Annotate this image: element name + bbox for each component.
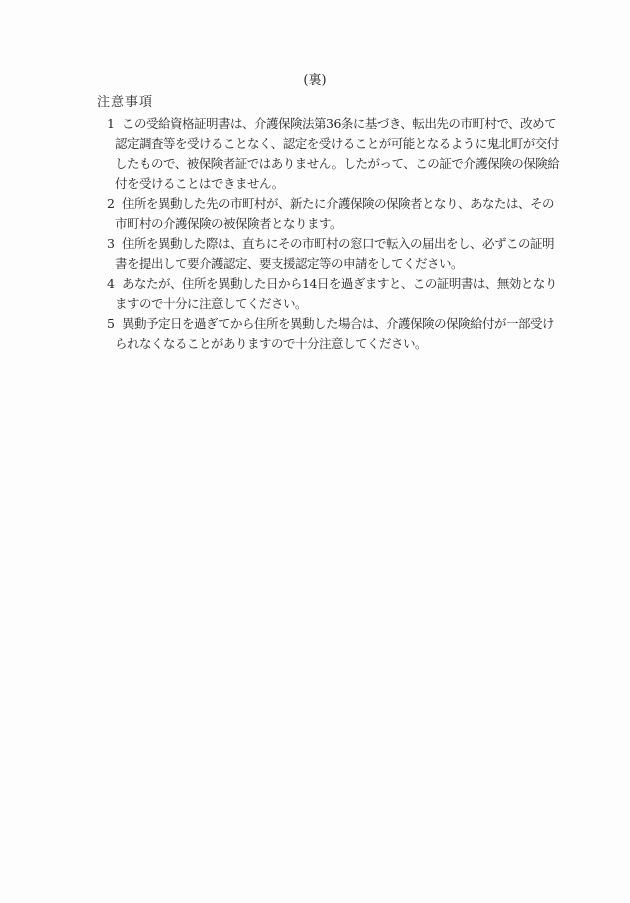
page-side-label: (裏) (0, 73, 630, 89)
notes-list: 1この受給資格証明書は、介護保険法第36条に基づき、転出先の市町村で、改めて 認… (107, 114, 557, 354)
note-line: 5異動予定日を過ぎてから住所を異動した場合は、介護保険の保険給付が一部受け (107, 314, 557, 334)
note-line: したもので、被保険者証ではありません。したがって、この証で介護保険の保険給 (115, 154, 557, 174)
note-item-number: 4 (107, 274, 122, 294)
note-line: 市町村の介護保険の被保険者となります。 (115, 214, 557, 234)
note-item-1: 1この受給資格証明書は、介護保険法第36条に基づき、転出先の市町村で、改めて 認… (107, 114, 557, 194)
note-line: 認定調査等を受けることなく、認定を受けることが可能となるように鬼北町が交付 (115, 134, 557, 154)
document-page: (裏) 注意事項 1この受給資格証明書は、介護保険法第36条に基づき、転出先の市… (0, 0, 630, 903)
note-line: ますので十分に注意してください。 (115, 294, 557, 314)
note-item-number: 1 (107, 114, 122, 134)
note-line-text: 住所を異動した先の市町村が、新たに介護保険の保険者となり、あなたは、その (122, 196, 554, 211)
note-item-5: 5異動予定日を過ぎてから住所を異動した場合は、介護保険の保険給付が一部受け られ… (107, 314, 557, 354)
note-line-text: 異動予定日を過ぎてから住所を異動した場合は、介護保険の保険給付が一部受け (122, 316, 554, 331)
note-item-3: 3住所を異動した際は、直ちにその市町村の窓口で転入の届出をし、必ずこの証明 書を… (107, 234, 557, 274)
note-item-2: 2住所を異動した先の市町村が、新たに介護保険の保険者となり、あなたは、その 市町… (107, 194, 557, 234)
note-line-text: あなたが、住所を異動した日から14日を過ぎますと、この証明書は、無効となり (122, 276, 557, 291)
note-item-number: 2 (107, 194, 122, 214)
note-item-number: 3 (107, 234, 122, 254)
notes-heading: 注意事項 (97, 94, 153, 112)
note-line: 1この受給資格証明書は、介護保険法第36条に基づき、転出先の市町村で、改めて (107, 114, 557, 134)
note-line: 4あなたが、住所を異動した日から14日を過ぎますと、この証明書は、無効となり (107, 274, 557, 294)
note-line-text: この受給資格証明書は、介護保険法第36条に基づき、転出先の市町村で、改めて (122, 116, 556, 131)
note-line: 3住所を異動した際は、直ちにその市町村の窓口で転入の届出をし、必ずこの証明 (107, 234, 557, 254)
note-item-4: 4あなたが、住所を異動した日から14日を過ぎますと、この証明書は、無効となり ま… (107, 274, 557, 314)
note-line: られなくなることがありますので十分注意してください。 (115, 334, 557, 354)
note-line-text: 住所を異動した際は、直ちにその市町村の窓口で転入の届出をし、必ずこの証明 (122, 236, 554, 251)
note-line: 書を提出して要介護認定、要支援認定等の申請をしてください。 (115, 254, 557, 274)
note-line: 付を受けることはできません。 (115, 174, 557, 194)
note-item-number: 5 (107, 314, 122, 334)
note-line: 2住所を異動した先の市町村が、新たに介護保険の保険者となり、あなたは、その (107, 194, 557, 214)
